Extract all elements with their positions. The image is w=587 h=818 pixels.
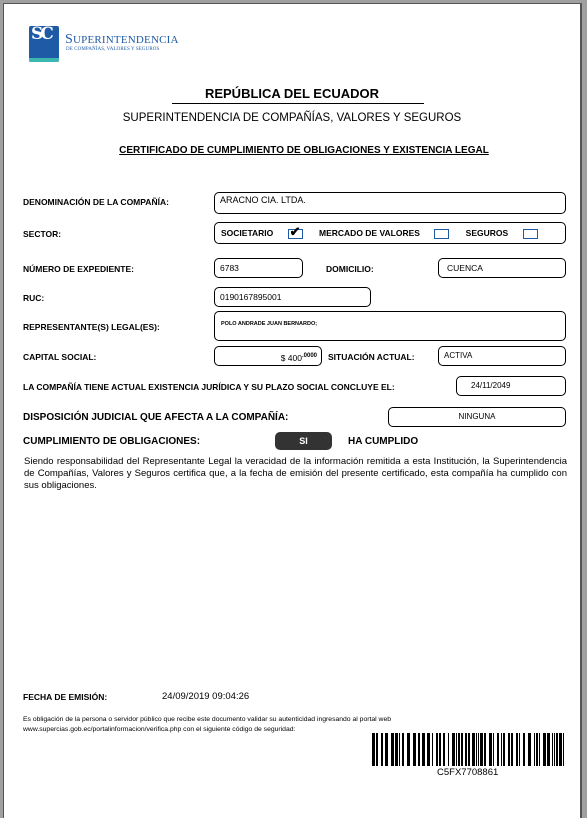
capital-label: CAPITAL SOCIAL: (23, 352, 96, 362)
compliance-result: HA CUMPLIDO (348, 436, 418, 447)
file-number-value: 6783 (220, 263, 239, 273)
barcode-icon (372, 733, 567, 766)
certificate-page: SC SUPERINTENDENCIA DE COMPAÑÍAS, VALORE… (3, 3, 582, 818)
domicile-value: CUENCA (447, 263, 483, 273)
company-name-value: ARACNO CIA. LTDA. (220, 195, 306, 205)
security-code: C5FX7708861 (437, 767, 498, 778)
country-heading: REPÚBLICA DEL ECUADOR (4, 86, 580, 101)
term-end-field: 24/11/2049 (456, 376, 566, 396)
domicile-label: DOMICILIO: (326, 264, 374, 274)
certification-statement: Siendo responsabilidad del Representante… (24, 456, 567, 492)
legal-reps-label: REPRESENTANTE(S) LEGAL(ES): (23, 322, 160, 332)
term-end-label: LA COMPAÑÍA TIENE ACTUAL EXISTENCIA JURÍ… (23, 382, 395, 392)
domicile-field: CUENCA (438, 258, 566, 278)
sector-checkbox-seguros[interactable] (523, 229, 538, 239)
status-field: ACTIVA (438, 346, 566, 366)
legal-reps-value: POLO ANDRADE JUAN BERNARDO; (221, 321, 317, 327)
compliance-label: CUMPLIMIENTO DE OBLIGACIONES: (23, 436, 200, 447)
status-label: SITUACIÓN ACTUAL: (328, 352, 415, 362)
capital-value: $ 400 (281, 353, 302, 363)
logo-wave (29, 58, 59, 62)
sector-option-mercado-label: MERCADO DE VALORES (319, 228, 420, 238)
certificate-title: CERTIFICADO DE CUMPLIMIENTO DE OBLIGACIO… (4, 145, 580, 156)
checkmark-icon: ✔ (290, 225, 301, 238)
term-end-value: 24/11/2049 (471, 381, 510, 390)
judicial-field: NINGUNA (388, 407, 566, 427)
sector-checkbox-mercado-valores[interactable] (434, 229, 449, 239)
ruc-field: 0190167895001 (214, 287, 371, 307)
logo-initials: SC (31, 27, 57, 57)
logo-subtitle: DE COMPAÑÍAS, VALORES Y SEGUROS (66, 47, 159, 52)
judicial-label: DISPOSICIÓN JUDICIAL QUE AFECTA A LA COM… (23, 412, 288, 423)
issue-date-label: FECHA DE EMISIÓN: (23, 692, 107, 702)
capital-decimals: .0000 (302, 353, 317, 359)
issue-date-value: 24/09/2019 09:04:26 (162, 691, 249, 702)
logo-title-initial: S (65, 32, 73, 47)
sector-option-societario-label: SOCIETARIO (221, 228, 273, 238)
file-number-label: NÚMERO DE EXPEDIENTE: (23, 264, 134, 274)
logo-title-rest: UPERINTENDENCIA (73, 34, 179, 46)
ruc-value: 0190167895001 (220, 292, 281, 302)
sector-option-seguros-label: SEGUROS (466, 228, 509, 238)
sector-label: SECTOR: (23, 229, 61, 239)
status-value: ACTIVA (444, 351, 472, 360)
sector-field: SOCIETARIO ✔ MERCADO DE VALORES SEGUROS (214, 222, 566, 244)
capital-field: $ 400.0000 (214, 346, 322, 366)
sc-logo-icon: SC (29, 26, 59, 62)
ruc-label: RUC: (23, 293, 44, 303)
heading-underline (172, 103, 424, 104)
compliance-badge: SI (275, 432, 332, 450)
file-number-field: 6783 (214, 258, 303, 278)
sector-checkbox-societario[interactable]: ✔ (288, 229, 303, 239)
company-name-label: DENOMINACIÓN DE LA COMPAÑÍA: (23, 197, 169, 207)
logo-title: SUPERINTENDENCIA (65, 32, 179, 48)
judicial-value: NINGUNA (459, 412, 496, 421)
legal-reps-field: POLO ANDRADE JUAN BERNARDO; (214, 311, 566, 341)
verification-notice-line1: Es obligación de la persona o servidor p… (23, 715, 391, 725)
institution-heading: SUPERINTENDENCIA DE COMPAÑÍAS, VALORES Y… (4, 112, 580, 124)
verification-notice-line2: www.supercias.gob.ec/portalinformacion/v… (23, 725, 295, 735)
company-name-field: ARACNO CIA. LTDA. (214, 192, 566, 214)
